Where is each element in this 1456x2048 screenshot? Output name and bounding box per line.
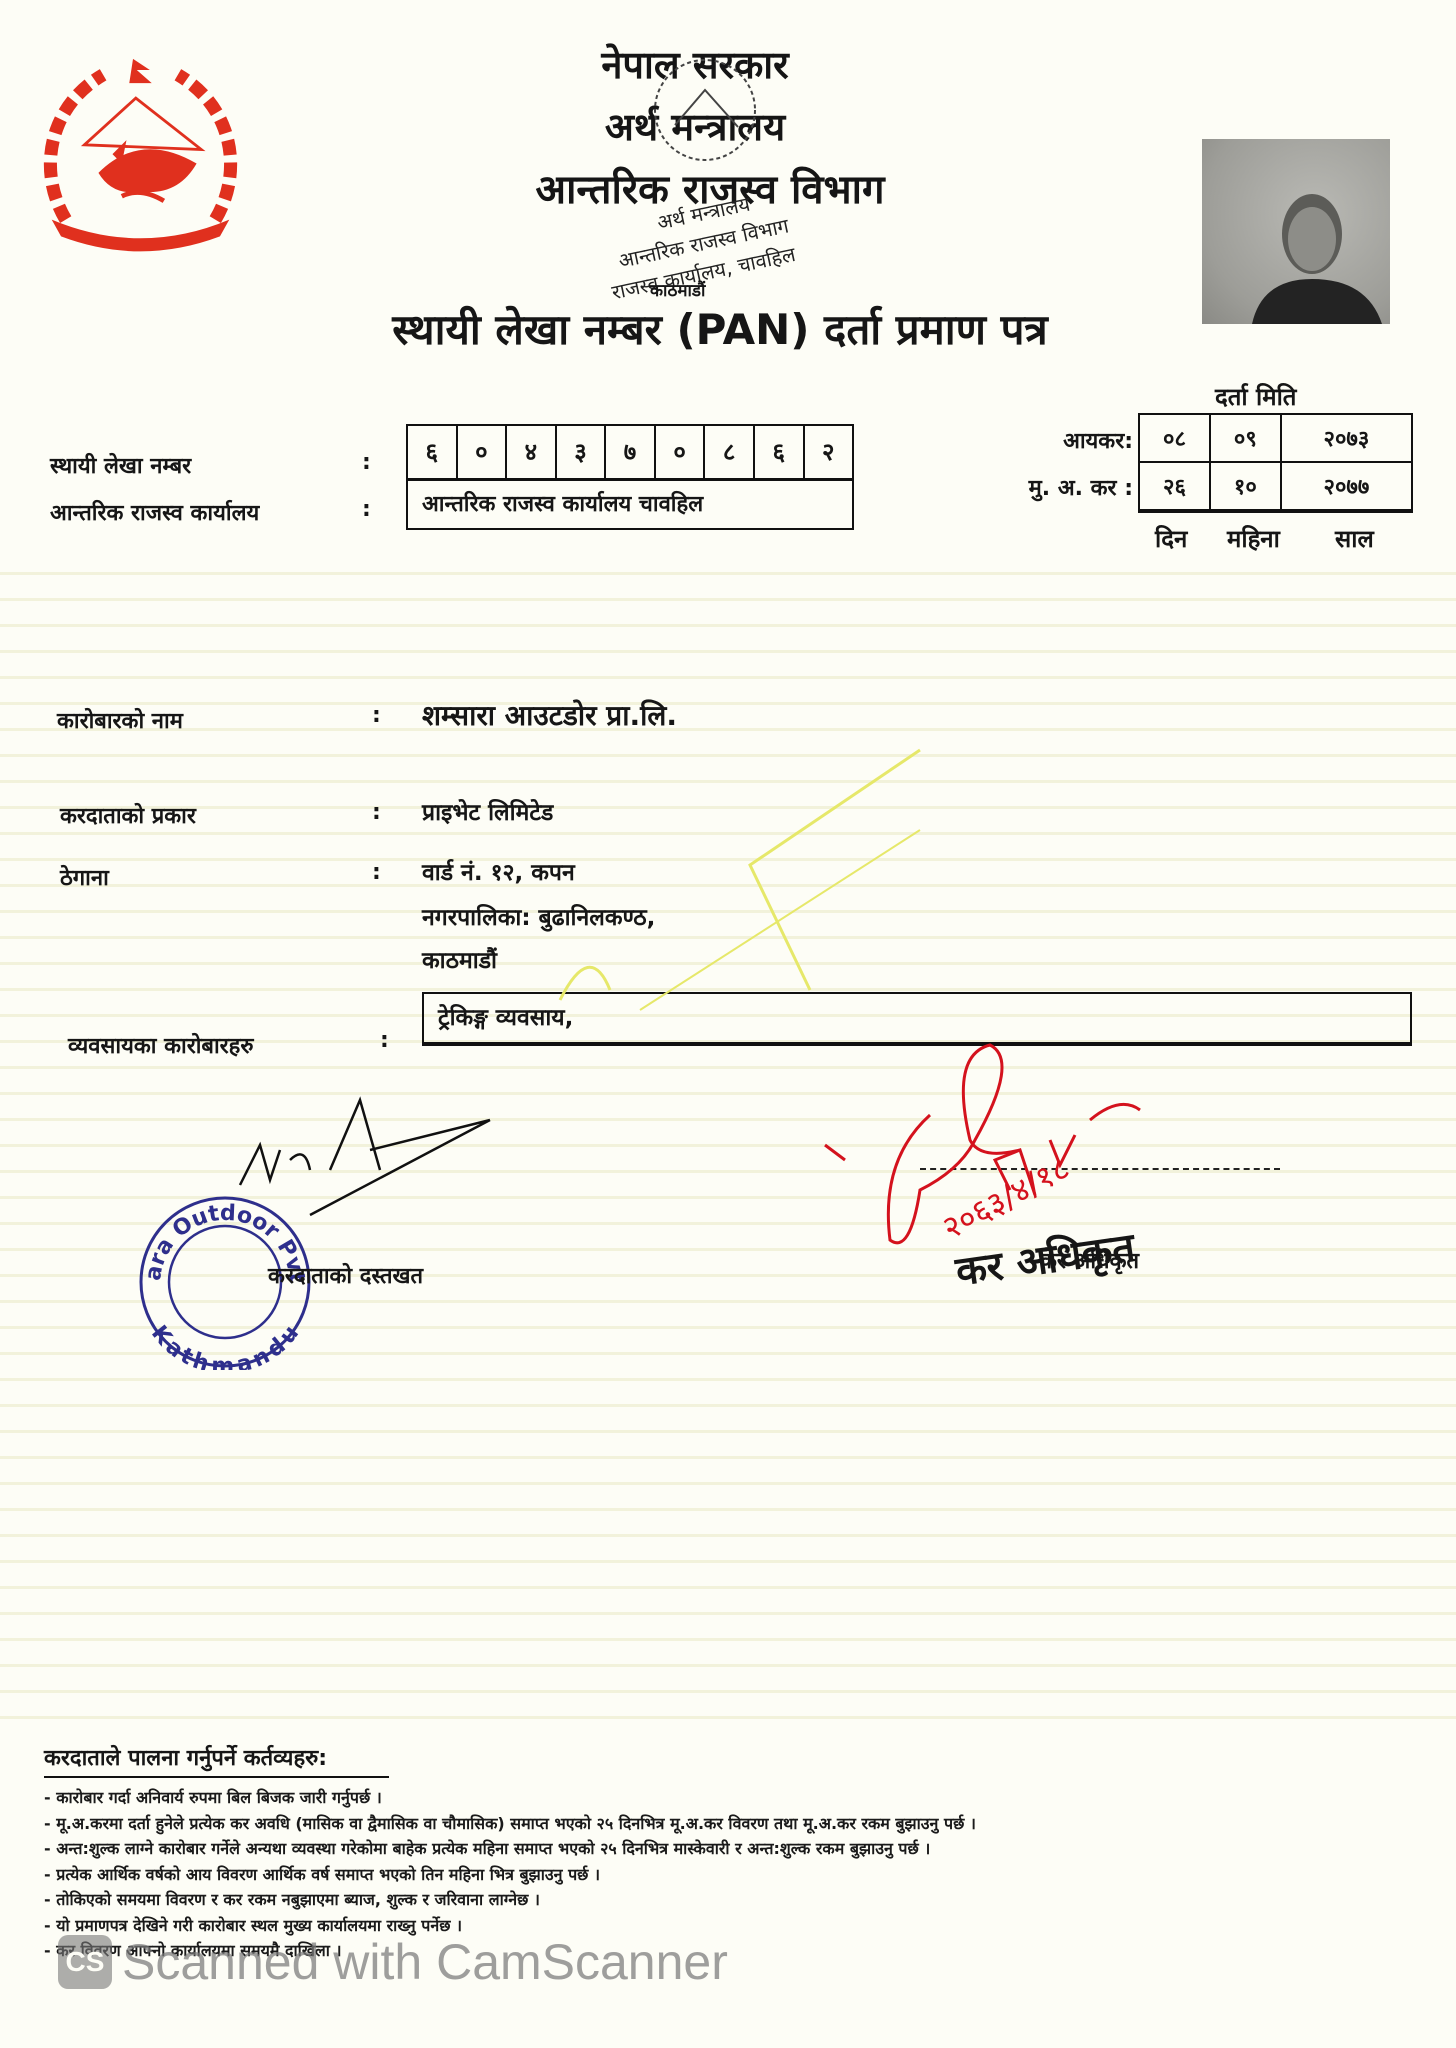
vat-day: २६ [1139,462,1210,511]
pan-digits: ६ ० ४ ३ ७ ० ८ ६ २ [408,426,852,481]
officer-label: कर अधिकृत [1040,1245,1139,1275]
watermark-text: Scanned with CamScanner [122,1933,728,1991]
pan-digit: ४ [507,426,557,478]
business-name-label: कारोबारको नाम [57,705,183,735]
page-title: स्थायी लेखा नम्बर (PAN) दर्ता प्रमाण पत्… [320,300,1120,357]
pan-label: स्थायी लेखा नम्बर [50,450,191,480]
taxpayer-type-label: करदाताको प्रकार [60,800,196,830]
address-label: ठेगाना [60,862,109,892]
business-name-value: शम्सारा आउटडोर प्रा.लि. [422,696,677,734]
income-tax-day: ०८ [1139,414,1210,462]
pan-digit: ० [458,426,508,478]
pan-digit: ३ [557,426,607,478]
pen-mark-icon [520,740,940,1040]
income-tax-year: २०७३ [1281,414,1412,462]
office-stamp-icon: अर्थ मन्त्रालय आन्तरिक राजस्व विभाग राजस… [580,55,830,305]
taxpayer-photo [1202,139,1390,324]
person-photo-icon [1202,139,1390,324]
list-item: - अन्त:शुल्क लाग्ने कारोबार गर्नेले अन्य… [44,1836,976,1862]
table-row: ०८ ०९ २०७३ [1139,414,1412,462]
list-item: - कारोबार गर्दा अनिवार्य रुपमा बिल बिजक … [44,1785,976,1811]
pan-digit: २ [805,426,853,478]
duties-title: करदाताले पालना गर्नुपर्ने कर्तव्यहरु: [44,1742,389,1778]
list-item: - तोकिएको समयमा विवरण र कर रकम नबुझाएमा … [44,1887,976,1913]
camscanner-logo-icon: CS [58,1935,112,1989]
camscanner-watermark: CS Scanned with CamScanner [58,1933,728,1991]
vat-year: २०७७ [1281,462,1412,511]
col-month: महिना [1227,522,1280,555]
pan-number-box: ६ ० ४ ३ ७ ० ८ ६ २ आन्तरिक राजस्व कार्याल… [406,424,854,530]
pan-digit: ७ [606,426,656,478]
office-label: आन्तरिक राजस्व कार्यालय [50,497,259,527]
taxpayer-signature-label: करदाताको दस्तखत [268,1260,423,1290]
income-tax-month: ०९ [1210,414,1281,462]
pan-office-value: आन्तरिक राजस्व कार्यालय चावहिल [408,481,852,531]
svg-text:Kathmandu: Kathmandu [146,1321,304,1370]
business-activities-label: व्यवसायका कारोबारहरु [68,1030,254,1060]
business-activities-colon: : [380,1028,389,1053]
office-colon: : [362,497,371,522]
vat-label: मु. अ. कर : [1010,472,1133,502]
pan-digit: ० [656,426,706,478]
income-tax-label: आयकर: [1045,425,1133,455]
address-colon: : [372,860,381,885]
taxpayer-type-colon: : [372,800,381,825]
list-item: - मू.अ.करमा दर्ता हुनेले प्रत्येक कर अवध… [44,1811,976,1837]
business-name-colon: : [372,703,381,728]
list-item: - प्रत्येक आर्थिक वर्षको आय विवरण आर्थिक… [44,1862,976,1888]
vat-month: १० [1210,462,1281,511]
pan-colon: : [362,450,371,475]
nepal-emblem-icon [28,42,253,257]
address-line-3: काठमाडौं [422,943,497,975]
col-day: दिन [1155,522,1187,555]
col-year: साल [1335,522,1374,555]
registration-date-title: दर्ता मिति [1215,380,1296,413]
stamp-city: काठमाडौं [650,278,705,301]
registration-date-table: ०८ ०९ २०७३ २६ १० २०७७ [1138,413,1413,513]
pan-digit: ८ [705,426,755,478]
pan-digit: ६ [755,426,805,478]
pan-digit: ६ [408,426,458,478]
table-row: २६ १० २०७७ [1139,462,1412,511]
